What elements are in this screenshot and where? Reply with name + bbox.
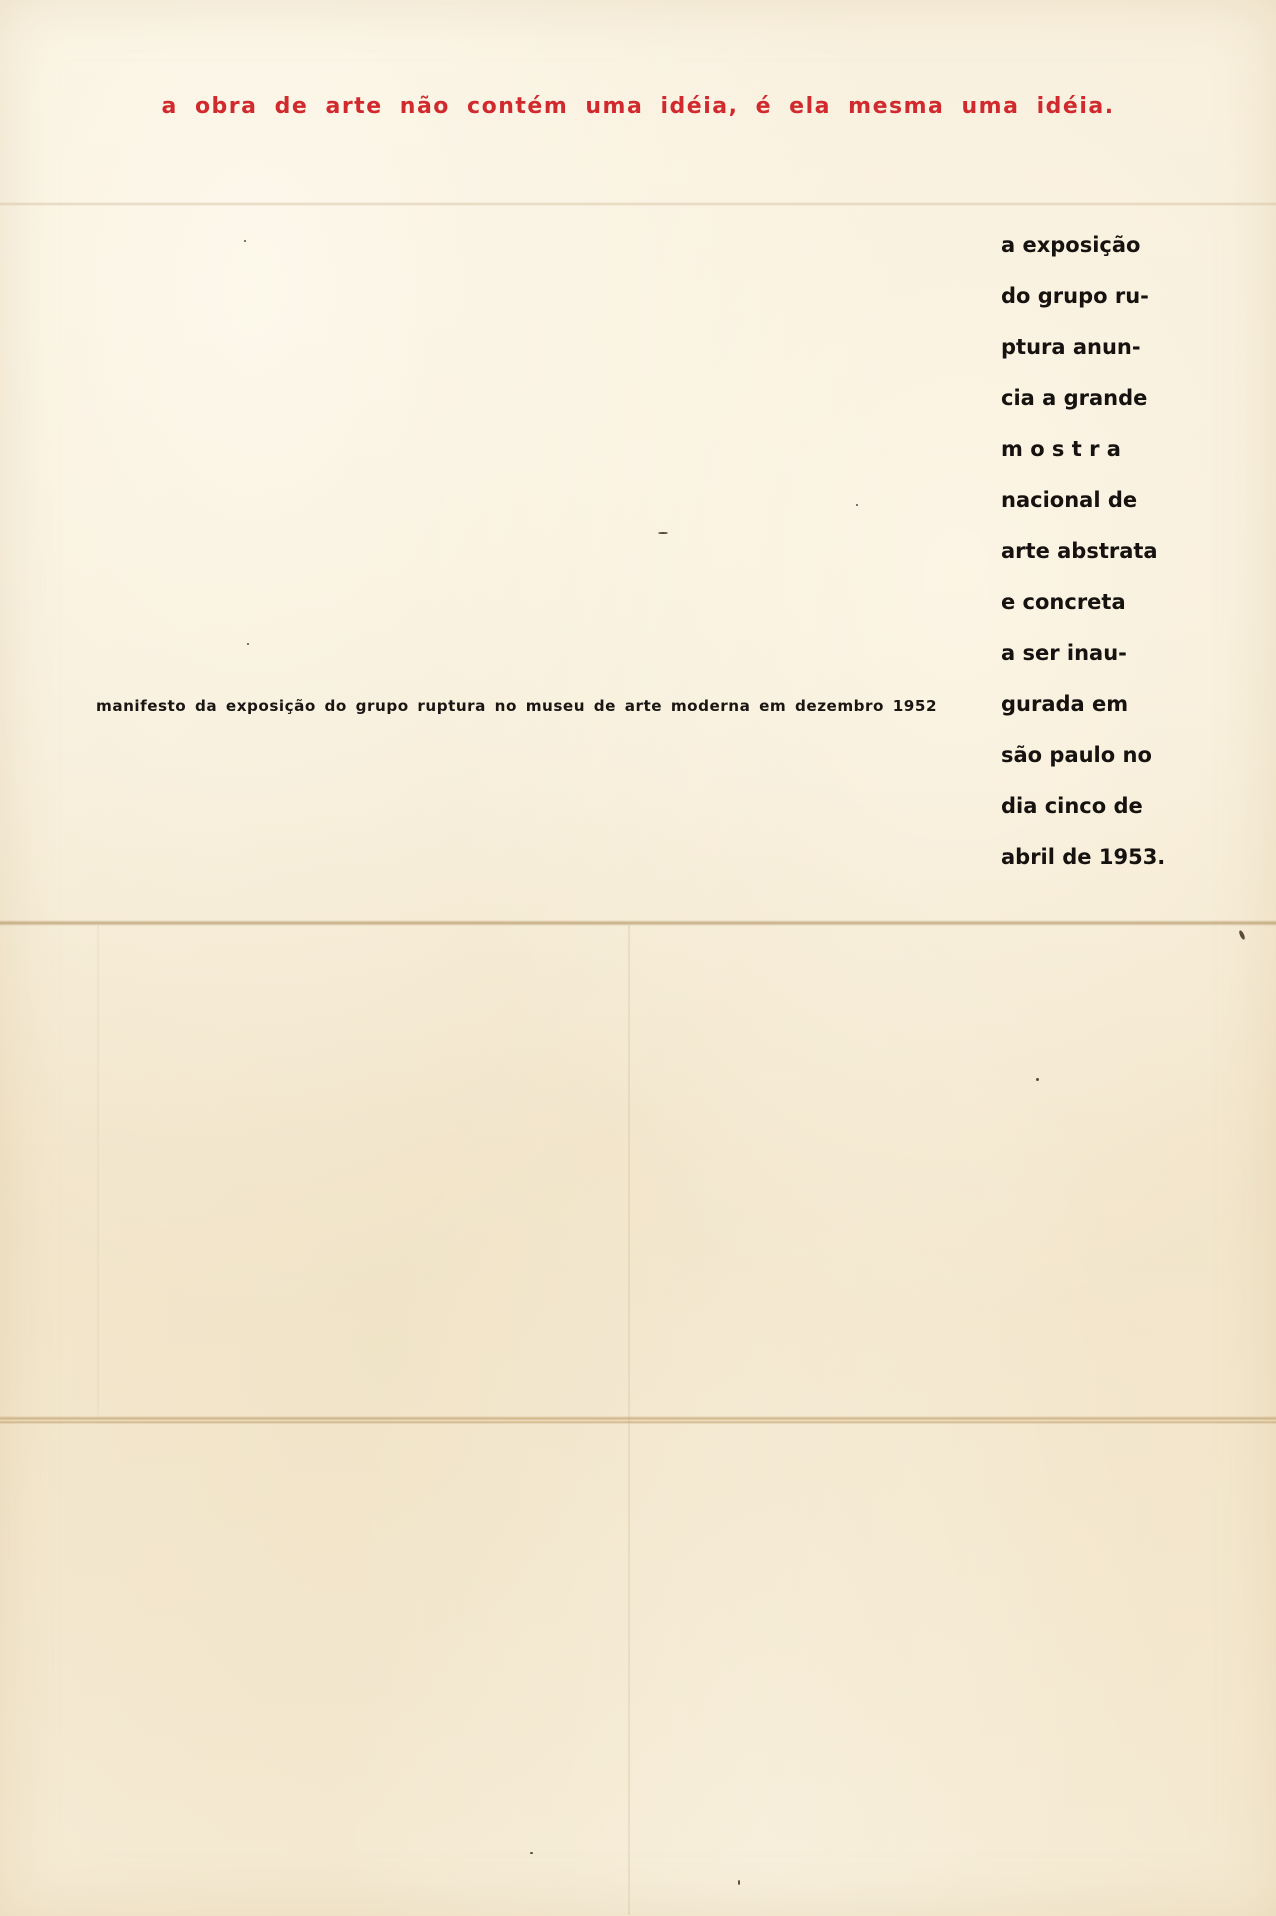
paper-speck: [856, 504, 858, 506]
announcement-block: a exposição do grupo ru- ptura anun- cia…: [1001, 226, 1161, 889]
announcement-line: arte abstrata: [1001, 532, 1161, 583]
paper-speck: [658, 532, 668, 534]
fold-line-vertical-center: [628, 925, 630, 1915]
tagline: a obra de arte não contém uma idéia, é e…: [0, 94, 1276, 119]
paper-speck: [1036, 1078, 1039, 1081]
paper-speck: [530, 1852, 533, 1854]
announcement-line: nacional de: [1001, 481, 1161, 532]
announcement-line: dia cinco de: [1001, 787, 1161, 838]
manifesto-subtitle: manifesto da exposição do grupo ruptura …: [96, 697, 937, 715]
announcement-line: abril de 1953.: [1001, 838, 1161, 889]
announcement-line: ptura anun-: [1001, 328, 1161, 379]
fold-line-lower: [0, 1416, 1276, 1424]
announcement-line: m o s t r a: [1001, 430, 1161, 481]
paper-speck: [244, 240, 246, 242]
fold-line-middle: [0, 920, 1276, 926]
fold-line-top: [0, 202, 1276, 206]
announcement-line: cia a grande: [1001, 379, 1161, 430]
paper-speck: [738, 1880, 740, 1885]
announcement-line: a exposição: [1001, 226, 1161, 277]
announcement-line: e concreta: [1001, 583, 1161, 634]
announcement-line: a ser inau-: [1001, 634, 1161, 685]
announcement-line: do grupo ru-: [1001, 277, 1161, 328]
announcement-line: são paulo no: [1001, 736, 1161, 787]
paper-speck: [247, 643, 249, 645]
announcement-line: gurada em: [1001, 685, 1161, 736]
fold-line-vertical-left: [97, 925, 99, 1415]
